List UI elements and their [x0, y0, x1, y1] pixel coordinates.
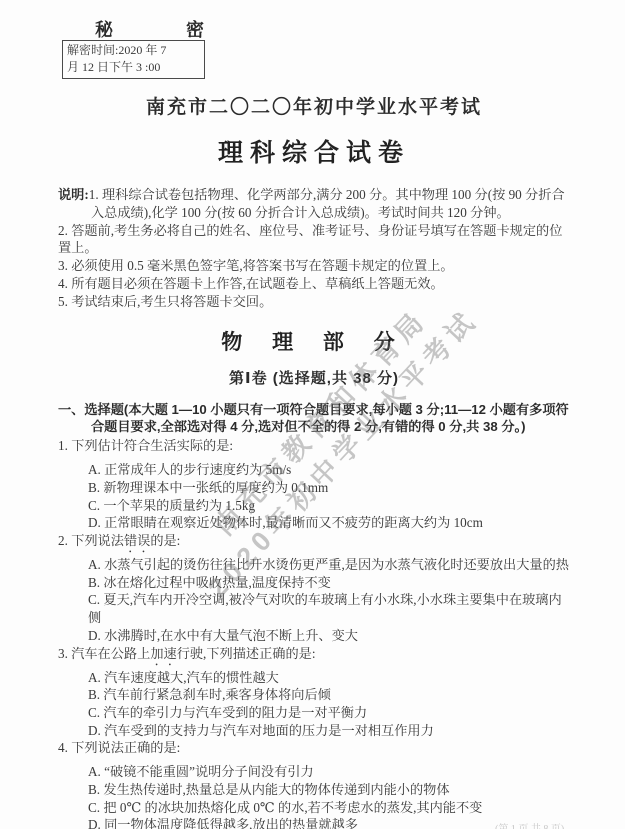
exam-paper-page: 南充市教育和体育局 2020年初中学业水平考试 秘 密 解密时间:2020 年 … [0, 0, 625, 829]
secret-stamp: 秘 密 [95, 16, 238, 42]
stem-text: 行驶,下列描述正确的是: [177, 646, 316, 661]
stem-text: 2. 下列说法 [58, 533, 124, 548]
page-footer: (第 1 页,共 8 页) [495, 820, 564, 829]
question-option-a: A. 汽车速度越大,汽车的惯性越大 [58, 669, 570, 687]
question-stem: 2. 下列说法错误的是: [58, 532, 570, 556]
stem-text: 1. 下列估计符合生活实际的是: [58, 438, 233, 453]
volume-title: 第Ⅰ卷 (选择题,共 38 分) [58, 367, 570, 388]
question-stem: 1. 下列估计符合生活实际的是: [58, 437, 570, 461]
question-option-b: B. 发生热传递时,热量总是从内能大的物体传递到内能小的物体 [58, 781, 570, 799]
question-option-b: B. 新物理课本中一张纸的厚度约为 0.1mm [58, 479, 570, 497]
question-option-a: A. 水蒸气引起的烫伤往往比开水烫伤更严重,是因为水蒸气液化时还要放出大量的热 [58, 556, 570, 574]
question-1: 1. 下列估计符合生活实际的是: A. 正常成年人的步行速度约为 5m/s B.… [58, 437, 570, 532]
paper-title: 理科综合试卷 [58, 133, 570, 169]
stem-emphasis: 加速 [150, 646, 176, 661]
question-option-a: A. 正常成年人的步行速度约为 5m/s [58, 461, 570, 479]
question-list: 1. 下列估计符合生活实际的是: A. 正常成年人的步行速度约为 5m/s B.… [58, 437, 570, 829]
question-stem: 3. 汽车在公路上加速行驶,下列描述正确的是: [58, 645, 570, 669]
question-option-b: B. 冰在熔化过程中吸收热量,温度保持不变 [58, 574, 570, 592]
stem-text: 的是: [150, 533, 180, 548]
question-2: 2. 下列说法错误的是: A. 水蒸气引起的烫伤往往比开水烫伤更严重,是因为水蒸… [58, 532, 570, 645]
stem-emphasis: 错误 [124, 533, 150, 548]
question-option-c: C. 夏天,汽车内开冷空调,被冷气对吹的车玻璃上有小水珠,小水珠主要集中在玻璃内… [58, 591, 570, 626]
question-option-c: C. 汽车的牵引力与汽车受到的阻力是一对平衡力 [58, 704, 570, 722]
question-option-d: D. 汽车受到的支持力与汽车对地面的压力是一对相互作用力 [58, 722, 570, 740]
question-3: 3. 汽车在公路上加速行驶,下列描述正确的是: A. 汽车速度越大,汽车的惯性越… [58, 645, 570, 740]
question-option-c: C. 把 0℃ 的冰块加热熔化成 0℃ 的水,若不考虑水的蒸发,其内能不变 [58, 799, 570, 817]
question-option-d: D. 正常眼睛在观察近处物体时,最清晰而又不疲劳的距离大约为 10cm [58, 514, 570, 532]
instruction-item-4: 4. 所有题目必须在答题卡上作答,在试题卷上、草稿纸上答题无效。 [58, 275, 570, 293]
stem-text: 3. 汽车在公路上 [58, 646, 150, 661]
decrypt-time-line-2: 月 12 日下午 3 :00 [67, 59, 200, 76]
instruction-item-3: 3. 必须使用 0.5 毫米黑色签字笔,将答案书写在答题卡规定的位置上。 [58, 257, 570, 275]
stem-text: 4. 下列说法正确的是: [58, 740, 180, 755]
instruction-item-1: 说明:1. 理科综合试卷包括物理、化学两部分,满分 200 分。其中物理 100… [58, 186, 570, 222]
decrypt-time-line-1: 解密时间:2020 年 7 [67, 42, 200, 59]
question-stem: 4. 下列说法正确的是: [58, 739, 570, 763]
question-4: 4. 下列说法正确的是: A. “破镜不能重圆”说明分子间没有引力 B. 发生热… [58, 739, 570, 829]
multiple-choice-header: 一、选择题(本大题 1—10 小题只有一项符合题目要求,每小题 3 分;11—1… [58, 401, 570, 437]
question-option-a: A. “破镜不能重圆”说明分子间没有引力 [58, 763, 570, 781]
question-option-d: D. 水沸腾时,在水中有大量气泡不断上升、变大 [58, 627, 570, 645]
question-option-d: D. 同一物体温度降低得越多,放出的热量就越多 [58, 816, 570, 829]
instructions: 说明:1. 理科综合试卷包括物理、化学两部分,满分 200 分。其中物理 100… [58, 186, 570, 311]
physics-part-title: 物 理 部 分 [58, 326, 570, 356]
question-option-b: B. 汽车前行紧急刹车时,乘客身体将向后倾 [58, 686, 570, 704]
decrypt-time-box: 解密时间:2020 年 7 月 12 日下午 3 :00 [62, 40, 205, 79]
question-option-c: C. 一个苹果的质量约为 1.5kg [58, 497, 570, 515]
instruction-item-2: 2. 答题前,考生务必将自己的姓名、座位号、准考证号、身份证号填写在答题卡规定的… [58, 222, 570, 258]
instructions-label: 说明: [58, 187, 89, 202]
instruction-text: 1. 理科综合试卷包括物理、化学两部分,满分 200 分。其中物理 100 分(… [89, 187, 565, 220]
instruction-item-5: 5. 考试结束后,考生只将答题卡交回。 [58, 293, 570, 311]
